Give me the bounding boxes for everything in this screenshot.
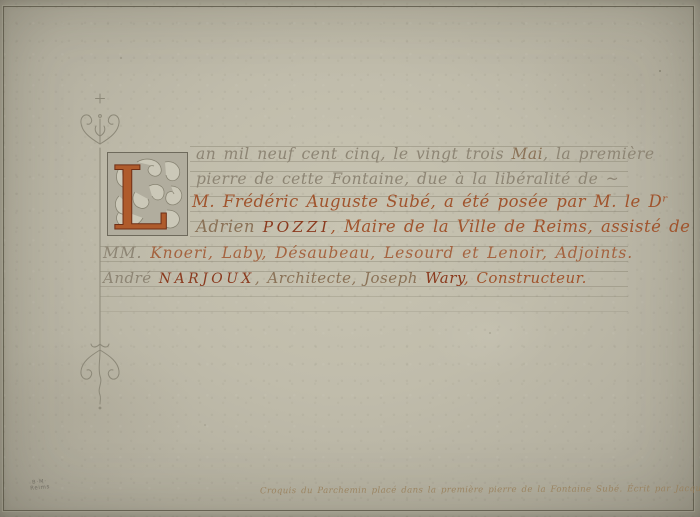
text-segment: an mil neuf cent cinq, le vingt trois bbox=[196, 145, 512, 163]
manuscript-line-5: MM. Knoeri, Laby, Désaubeau, Lesourd et … bbox=[103, 243, 633, 263]
text-segment: Adrien bbox=[196, 217, 263, 236]
text-segment: Knoeri, Laby, Désaubeau, Lesourd et Leno… bbox=[150, 244, 633, 262]
manuscript-line-4: Adrien Pozzi, Maire de la Ville de Reims… bbox=[196, 217, 690, 237]
pen-flourish: ~ bbox=[606, 170, 619, 188]
text-segment: MM. bbox=[103, 244, 150, 262]
illuminated-initial: L bbox=[107, 152, 188, 236]
paper-blemish bbox=[120, 57, 122, 59]
text-segment: Mai bbox=[512, 145, 544, 163]
text-segment: André bbox=[103, 269, 159, 287]
text-segment: Wary bbox=[425, 269, 464, 287]
cross-icon bbox=[96, 94, 105, 103]
ruled-line bbox=[100, 296, 628, 297]
text-segment: M. Frédéric Auguste Subé, a été posée pa… bbox=[192, 192, 668, 211]
manuscript-photo: L an mil neuf cent cinq, le vingt trois … bbox=[0, 0, 700, 517]
text-segment: pierre de cette Fontaine, due à la libér… bbox=[196, 170, 606, 188]
manuscript-line-6: André Narjoux, Architecte, Joseph Wary, … bbox=[103, 268, 587, 289]
text-segment: , Constructeur. bbox=[464, 269, 587, 287]
text-segment: , Maire de la Ville de Reims, assisté de bbox=[331, 217, 691, 236]
paper-blemish bbox=[489, 332, 491, 334]
initial-letter: L bbox=[110, 152, 168, 236]
text-segment-name: Pozzi bbox=[263, 218, 331, 236]
paper-blemish bbox=[204, 424, 206, 426]
ruled-line bbox=[100, 311, 628, 312]
manuscript-line-3: M. Frédéric Auguste Subé, a été posée pa… bbox=[192, 192, 668, 212]
manuscript-line-2: pierre de cette Fontaine, due à la libér… bbox=[196, 169, 619, 189]
archive-stamp: B·M· Reims bbox=[30, 478, 51, 492]
paper-blemish bbox=[659, 70, 661, 72]
text-segment-name: Narjoux bbox=[159, 271, 255, 287]
manuscript-line-1: an mil neuf cent cinq, le vingt trois Ma… bbox=[196, 144, 655, 164]
text-segment: , Architecte, Joseph bbox=[255, 269, 425, 287]
text-segment: , la première bbox=[543, 145, 654, 163]
